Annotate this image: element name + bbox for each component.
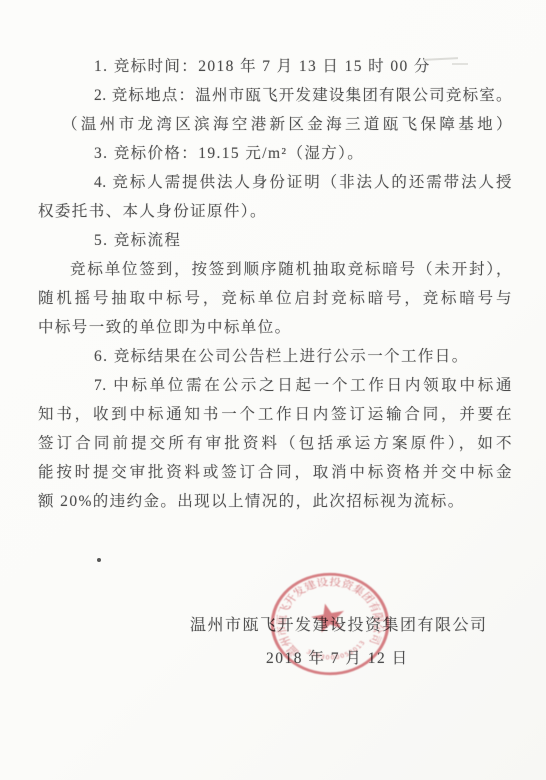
document-line: 3. 竞标价格：19.15 元/m²（湿方）。 — [38, 139, 512, 168]
scanned-document-page: 1. 竞标时间：2018 年 7 月 13 日 15 时 00 分2. 竞标地点… — [0, 0, 546, 780]
document-line: （温州市龙湾区滨海空港新区金海三道瓯飞保障基地） — [38, 110, 512, 139]
document-line: 6. 竞标结果在公司公告栏上进行公示一个工作日。 — [38, 342, 512, 371]
document-line: 权委托书、本人身份证原件）。 — [38, 197, 512, 226]
scan-artifact — [452, 63, 468, 65]
document-line: 额 20%的违约金。出现以上情况的，此次招标视为流标。 — [38, 487, 512, 516]
seal-serial-number: 3303000052013 — [304, 638, 371, 666]
document-line: 1. 竞标时间：2018 年 7 月 13 日 15 时 00 分 — [38, 52, 512, 81]
ink-dot-artifact — [97, 558, 101, 562]
document-line: 5. 竞标流程 — [38, 226, 512, 255]
document-line: 2. 竞标地点：温州市瓯飞开发建设集团有限公司竞标室。 — [38, 81, 512, 110]
document-line: 知书，收到中标通知书一个工作日内签订运输合同，并要在 — [38, 400, 512, 429]
company-seal-stamp: 温州市瓯飞开发建设投资集团有限公司 3303000052013 — [264, 567, 396, 681]
document-line: 中标号一致的单位即为中标单位。 — [38, 313, 512, 342]
document-line: 4. 竞标人需提供法人身份证明（非法人的还需带法人授 — [38, 168, 512, 197]
seal-star-icon — [309, 601, 349, 634]
document-line: 7. 中标单位需在公示之日起一个工作日内领取中标通 — [38, 371, 512, 400]
document-line: 随机摇号抽取中标号，竞标单位启封竞标暗号，竞标暗号与 — [38, 284, 512, 313]
document-line: 能按时提交审批资料或签订合同，取消中标资格并交中标金 — [38, 458, 512, 487]
document-line: 签订合同前提交所有审批资料（包括承运方案原件），如不 — [38, 429, 512, 458]
document-body: 1. 竞标时间：2018 年 7 月 13 日 15 时 00 分2. 竞标地点… — [38, 52, 512, 516]
document-line: 竞标单位签到，按签到顺序随机抽取竞标暗号（未开封）， — [38, 255, 512, 284]
svg-text:3303000052013: 3303000052013 — [304, 638, 371, 666]
